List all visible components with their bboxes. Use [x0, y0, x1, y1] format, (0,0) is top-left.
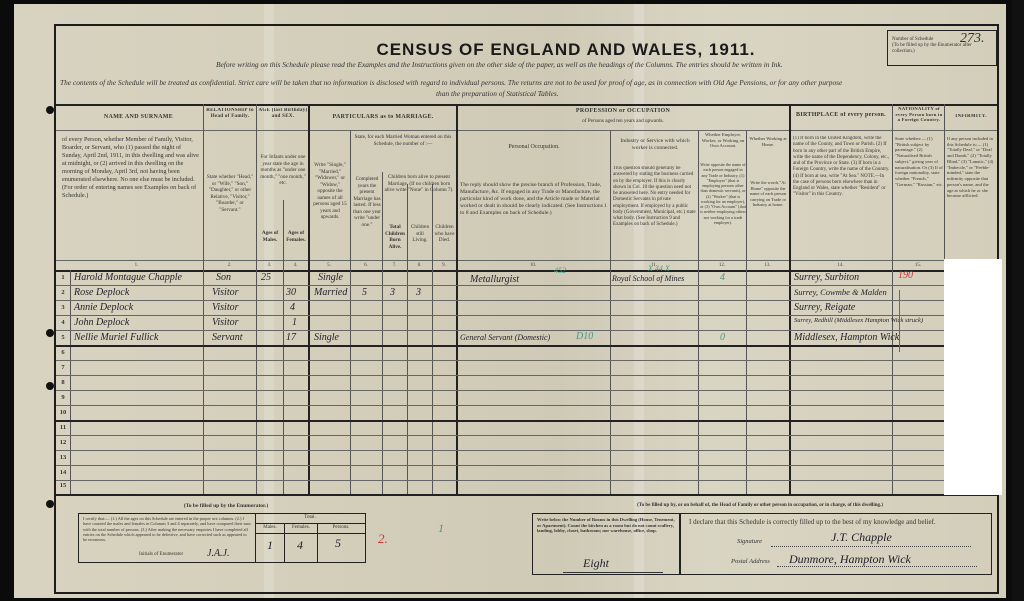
- employer-code: 0: [720, 332, 725, 343]
- scan-edge: [1012, 0, 1024, 601]
- nationality-code: 190: [898, 270, 913, 281]
- schedule-number-box: Number of Schedule (To be filled up by t…: [887, 30, 997, 66]
- document-title: CENSUS OF ENGLAND AND WALES, 1911.: [336, 40, 796, 60]
- column-number: 15.: [892, 263, 944, 268]
- row-number: 15: [58, 482, 68, 489]
- enumerator-section: (To be filled up by the Enumerator.) I c…: [66, 501, 516, 571]
- industry-code: X 44 X: [648, 264, 670, 273]
- header-age-body: For Infants under one year state the age…: [259, 154, 307, 187]
- birthplace: Surrey, Surbiton: [794, 272, 859, 283]
- column-number: 4.: [283, 263, 308, 268]
- marital-status: Single: [314, 332, 339, 343]
- red-check-line: [899, 290, 900, 352]
- punch-hole: [46, 329, 54, 337]
- birthplace: Surrey, Redhill (Middlesex Hampton Wick …: [794, 317, 923, 324]
- header-total-children: Total Children Born Alive.: [383, 224, 407, 250]
- header-name: NAME AND SURNAME: [76, 114, 201, 122]
- row-number: 3: [58, 304, 68, 311]
- header-name-body: of every Person, whether Member of Famil…: [62, 136, 200, 201]
- header-nationality-body: State whether:— (1) "British subject by …: [895, 136, 944, 188]
- enumerator-box: I certify that:— (1.) All the ages on th…: [78, 513, 366, 563]
- occupation-code: 452: [554, 266, 566, 275]
- marital-status: Single: [318, 272, 343, 283]
- column-number: 10.: [456, 263, 610, 268]
- header-personal-occupation-body: The reply should show the precise branch…: [460, 182, 608, 217]
- header-infirmity: INFIRMITY.: [946, 114, 996, 120]
- marital-status: Married: [314, 287, 347, 298]
- row-number: 6: [58, 349, 68, 356]
- header-relationship-body: State whether "Head," or "Wife," "Son," …: [206, 174, 254, 213]
- persons-label: Persons.: [318, 525, 364, 531]
- column-number: 13.: [746, 263, 789, 268]
- row-number: 10: [58, 409, 68, 416]
- header-age: AGE (last Birthday) and SEX.: [258, 108, 308, 121]
- header-children-living: Children still Living.: [408, 224, 432, 244]
- schedule-number: 273.: [960, 31, 985, 48]
- header-children: Children born alive to present Marriage.…: [384, 174, 454, 194]
- enumerator-caption: (To be filled up by the Enumerator.): [126, 503, 326, 509]
- relationship: Visitor: [212, 287, 238, 298]
- person-name: Harold Montague Chapple: [74, 272, 182, 283]
- column-number: 5.: [308, 263, 350, 268]
- column-number: 6.: [350, 263, 382, 268]
- row-number: 5: [58, 334, 68, 341]
- row-number: 13: [58, 454, 68, 461]
- census-schedule-paper: CENSUS OF ENGLAND AND WALES, 1911. Befor…: [14, 4, 1006, 598]
- row-number: 7: [58, 364, 68, 371]
- punch-hole: [46, 106, 54, 114]
- children-living: 3: [416, 287, 421, 298]
- header-personal-occupation: Personal Occupation.: [460, 144, 608, 152]
- years-married: 5: [362, 287, 367, 298]
- household-caption: (To be filled up by, or on behalf of, th…: [524, 503, 996, 508]
- header-home: Whether Working at Home.: [748, 136, 788, 147]
- header-infirmity-body: If any person included in this Schedule …: [947, 136, 996, 199]
- household-section: (To be filled up by, or on behalf of, th…: [524, 501, 996, 593]
- age-male: 25: [261, 272, 271, 283]
- row-number: 9: [58, 394, 68, 401]
- enumerator-certify: I certify that:— (1.) All the ages on th…: [83, 516, 251, 543]
- column-number: 7.: [382, 263, 407, 268]
- header-children-died: Children who have Died.: [433, 224, 456, 244]
- children-total: 3: [390, 287, 395, 298]
- row-number: 14: [58, 469, 68, 476]
- header-industry-body: This question should generally be answer…: [613, 166, 697, 229]
- occupation: Metallurgist: [470, 274, 519, 285]
- column-number: 3.: [256, 263, 283, 268]
- instruction-line: Before writing on this Schedule please r…: [216, 60, 783, 69]
- schedule-label: Number of Schedule: [892, 37, 933, 42]
- header-profession: PROFESSION or OCCUPATION: [458, 108, 788, 116]
- header-completed-years: Completed years the present Marriage has…: [352, 176, 382, 228]
- relationship: Servant: [212, 332, 243, 343]
- signature-label: Signature: [737, 538, 762, 545]
- occupation: General Servant (Domestic): [460, 333, 550, 342]
- column-number: 9.: [432, 263, 456, 268]
- person-name: Annie Deplock: [74, 302, 133, 313]
- age-female: 30: [286, 287, 296, 298]
- employer-code: 4: [720, 272, 725, 283]
- person-name: John Deplock: [74, 317, 129, 328]
- header-industry: Industry or Service with which worker is…: [613, 138, 697, 152]
- relationship: Visitor: [212, 317, 238, 328]
- confidential-line: The contents of the Schedule will be tre…: [60, 78, 842, 87]
- postal-address: Dunmore, Hampton Wick: [789, 552, 911, 567]
- birthplace: Surrey, Reigate: [794, 302, 855, 313]
- age-female: 17: [286, 332, 296, 343]
- row-number: 12: [58, 439, 68, 446]
- declaration-box: I declare that this Schedule is correctl…: [680, 513, 992, 575]
- signature: J.T. Chapple: [831, 530, 892, 545]
- total-label: Total.: [255, 515, 365, 521]
- birthplace: Surrey, Cowmbe & Malden: [794, 287, 887, 297]
- relationship: Son: [216, 272, 231, 283]
- header-ages-males: Ages of Males.: [257, 230, 283, 243]
- occupation-code: D10: [576, 331, 593, 342]
- total-females: 4: [297, 538, 303, 553]
- row-number: 11: [58, 424, 68, 431]
- red-mark: 2.: [378, 531, 388, 547]
- column-number: 8.: [407, 263, 432, 268]
- declaration-text: I declare that this Schedule is correctl…: [689, 518, 936, 526]
- confidential-line-2: than the preparation of Statistical Tabl…: [436, 89, 559, 98]
- green-mark: 1: [438, 521, 444, 536]
- person-name: Nellie Muriel Fullick: [74, 332, 158, 343]
- column-number: 2.: [203, 263, 256, 268]
- row-number: 4: [58, 319, 68, 326]
- header-home-body: Write the words "At Home" opposite the n…: [748, 180, 788, 208]
- age-female: 4: [290, 302, 295, 313]
- relationship: Visitor: [212, 302, 238, 313]
- header-relationship: RELATIONSHIP to Head of Family.: [205, 108, 255, 121]
- header-ages-females: Ages of Females.: [284, 230, 308, 243]
- column-number: 1.: [70, 263, 203, 268]
- punch-hole: [46, 500, 54, 508]
- females-label: Females.: [285, 525, 317, 531]
- person-name: Rose Deplock: [74, 287, 129, 298]
- rooms-box: Write below the Number of Rooms in this …: [532, 513, 680, 575]
- header-profession-sub: of Persons aged ten years and upwards.: [458, 118, 788, 125]
- census-table: NAME AND SURNAME of every Person, whethe…: [56, 104, 997, 494]
- address-label: Postal Address: [731, 558, 770, 565]
- row-number: 2: [58, 289, 68, 296]
- header-birthplace-body: (1) If born in the United Kingdom, write…: [793, 136, 890, 199]
- enumerator-initials: J.A.J.: [207, 548, 230, 559]
- schedule-frame: CENSUS OF ENGLAND AND WALES, 1911. Befor…: [54, 24, 999, 594]
- column-number: 12.: [698, 263, 746, 268]
- header-marriage-state: State, for each Married Woman entered on…: [352, 134, 454, 147]
- header-employer-body: Write opposite the name of each person e…: [700, 162, 746, 225]
- age-female: 1: [292, 317, 297, 328]
- column-number: 14.: [789, 263, 892, 268]
- header-marriage: PARTICULARS as to MARRIAGE.: [312, 114, 454, 122]
- industry: Royal School of Mines: [612, 274, 684, 283]
- total-persons: 5: [335, 536, 341, 551]
- rooms-instructions: Write below the Number of Rooms in this …: [537, 517, 677, 534]
- total-males: 1: [267, 538, 273, 553]
- header-employer: Whether Employer, Worker, or Working on …: [700, 132, 746, 149]
- initials-label: Initials of Enumerator: [139, 552, 183, 558]
- row-number: 8: [58, 379, 68, 386]
- row-number: 1: [58, 274, 68, 281]
- header-nationality: NATIONALITY of every Person born in a Fo…: [894, 106, 944, 123]
- header-marriage-write: Write "Single," "Married," "Widower," or…: [311, 162, 349, 221]
- redacted-area: [944, 259, 1002, 495]
- rooms-count: Eight: [583, 556, 609, 571]
- males-label: Males.: [257, 525, 283, 531]
- punch-hole: [46, 382, 54, 390]
- header-birthplace: BIRTHPLACE of every person.: [792, 112, 890, 120]
- birthplace: Middlesex, Hampton Wick: [794, 332, 899, 343]
